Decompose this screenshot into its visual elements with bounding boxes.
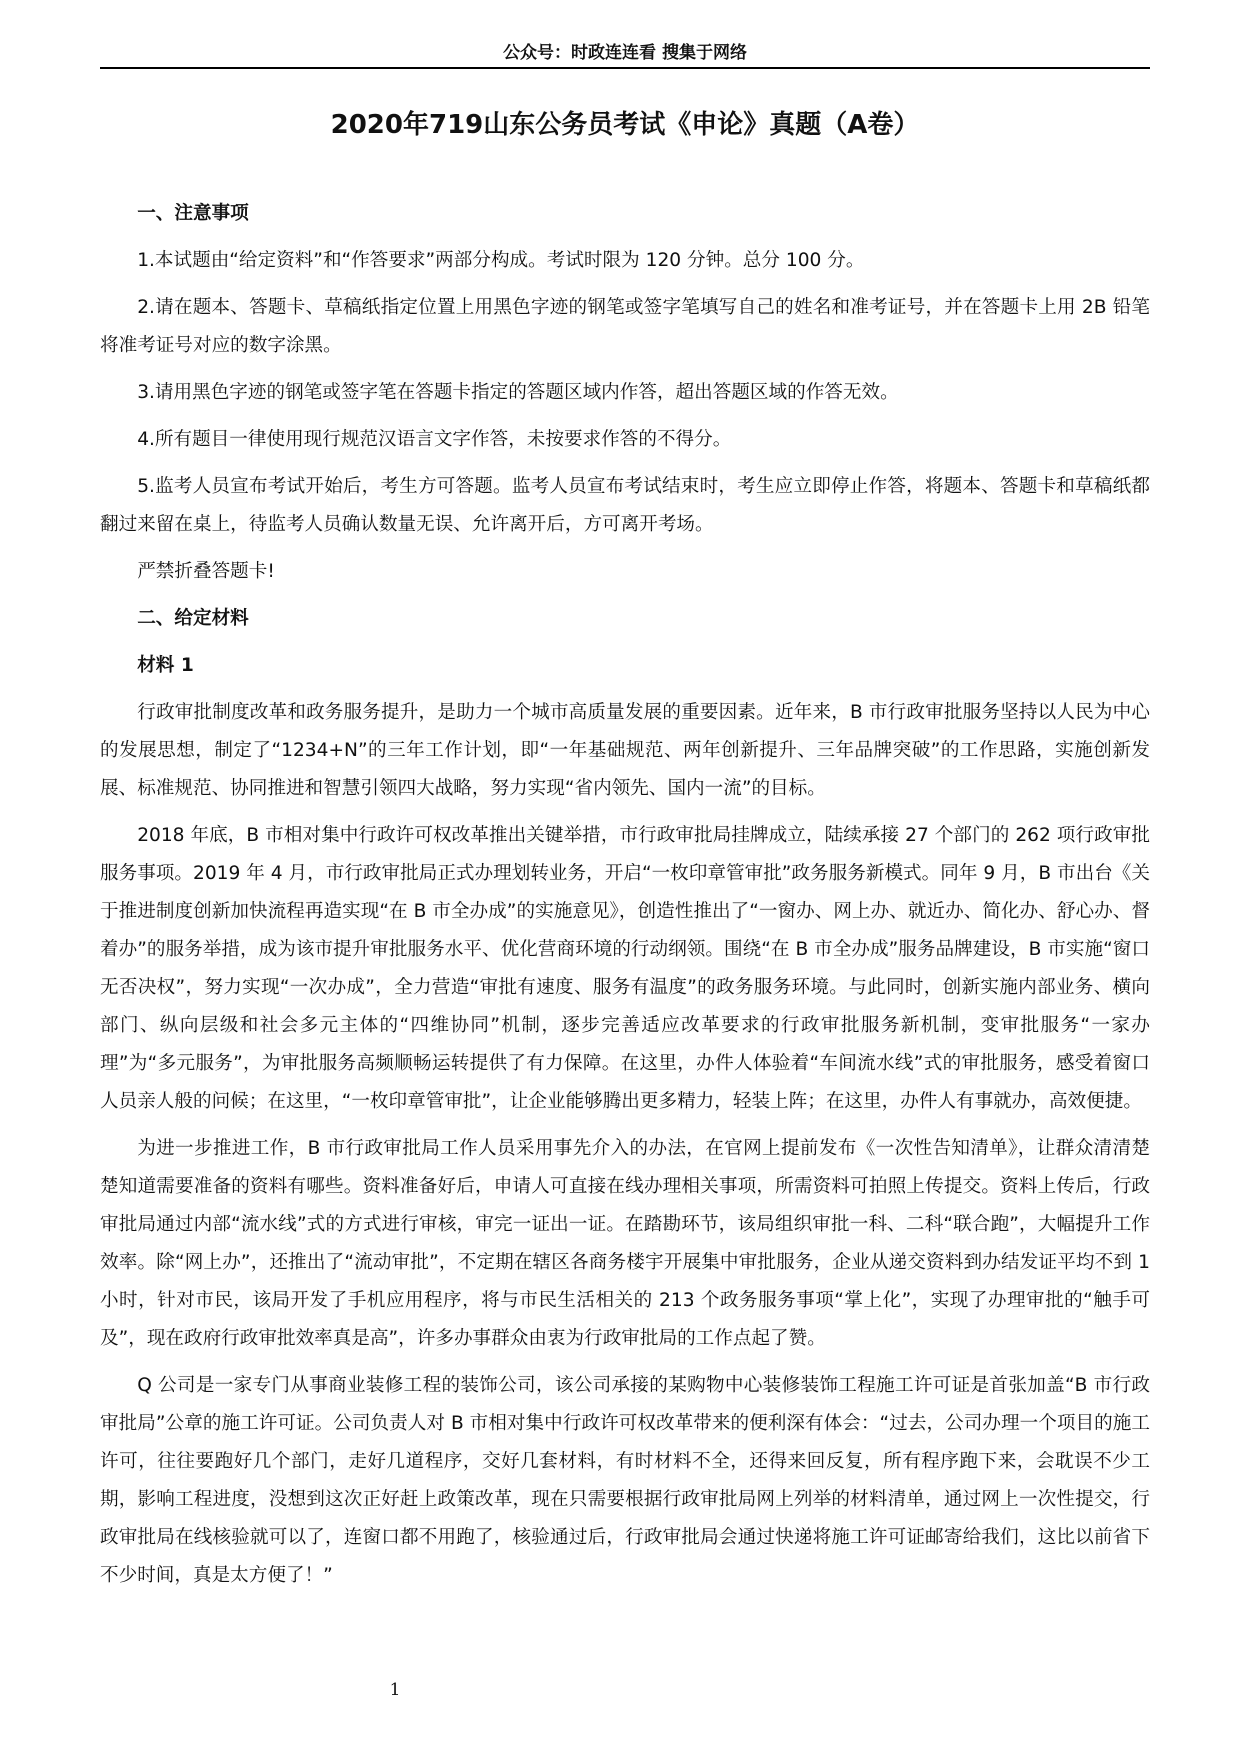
material-paragraph: 2018 年底，B 市相对集中行政许可权改革推出关键举措，市行政审批局挂牌成立，…	[100, 817, 1150, 1121]
document-body: 一、注意事项 1.本试题由“给定资料”和“作答要求”两部分构成。考试时限为 12…	[100, 195, 1150, 1604]
section-heading-materials: 二、给定材料	[100, 600, 1150, 638]
material-paragraph: Q 公司是一家专门从事商业装修工程的装饰公司，该公司承接的某购物中心装修装饰工程…	[100, 1367, 1150, 1595]
material-1-heading: 材料 1	[100, 647, 1150, 685]
material-paragraph: 为进一步推进工作，B 市行政审批局工作人员采用事先介入的办法，在官网上提前发布《…	[100, 1130, 1150, 1358]
notice-item-4: 4.所有题目一律使用现行规范汉语言文字作答，未按要求作答的不得分。	[100, 421, 1150, 459]
document-title: 2020年719山东公务员考试《申论》真题（A卷）	[100, 104, 1150, 141]
notice-warning: 严禁折叠答题卡!	[100, 553, 1150, 591]
page-number: 1	[380, 1680, 410, 1700]
notice-item-1: 1.本试题由“给定资料”和“作答要求”两部分构成。考试时限为 120 分钟。总分…	[100, 242, 1150, 280]
header-divider	[100, 67, 1150, 69]
material-paragraph: 行政审批制度改革和政务服务提升，是助力一个城市高质量发展的重要因素。近年来，B …	[100, 694, 1150, 808]
notice-item-5: 5.监考人员宣布考试开始后，考生方可答题。监考人员宣布考试结束时，考生应立即停止…	[100, 468, 1150, 544]
notice-item-3: 3.请用黑色字迹的钢笔或签字笔在答题卡指定的答题区域内作答，超出答题区域的作答无…	[100, 374, 1150, 412]
section-heading-notices: 一、注意事项	[100, 195, 1150, 233]
page-header: 公众号：时政连连看 搜集于网络	[100, 38, 1150, 63]
notice-item-2: 2.请在题本、答题卡、草稿纸指定位置上用黑色字迹的钢笔或签字笔填写自己的姓名和准…	[100, 289, 1150, 365]
